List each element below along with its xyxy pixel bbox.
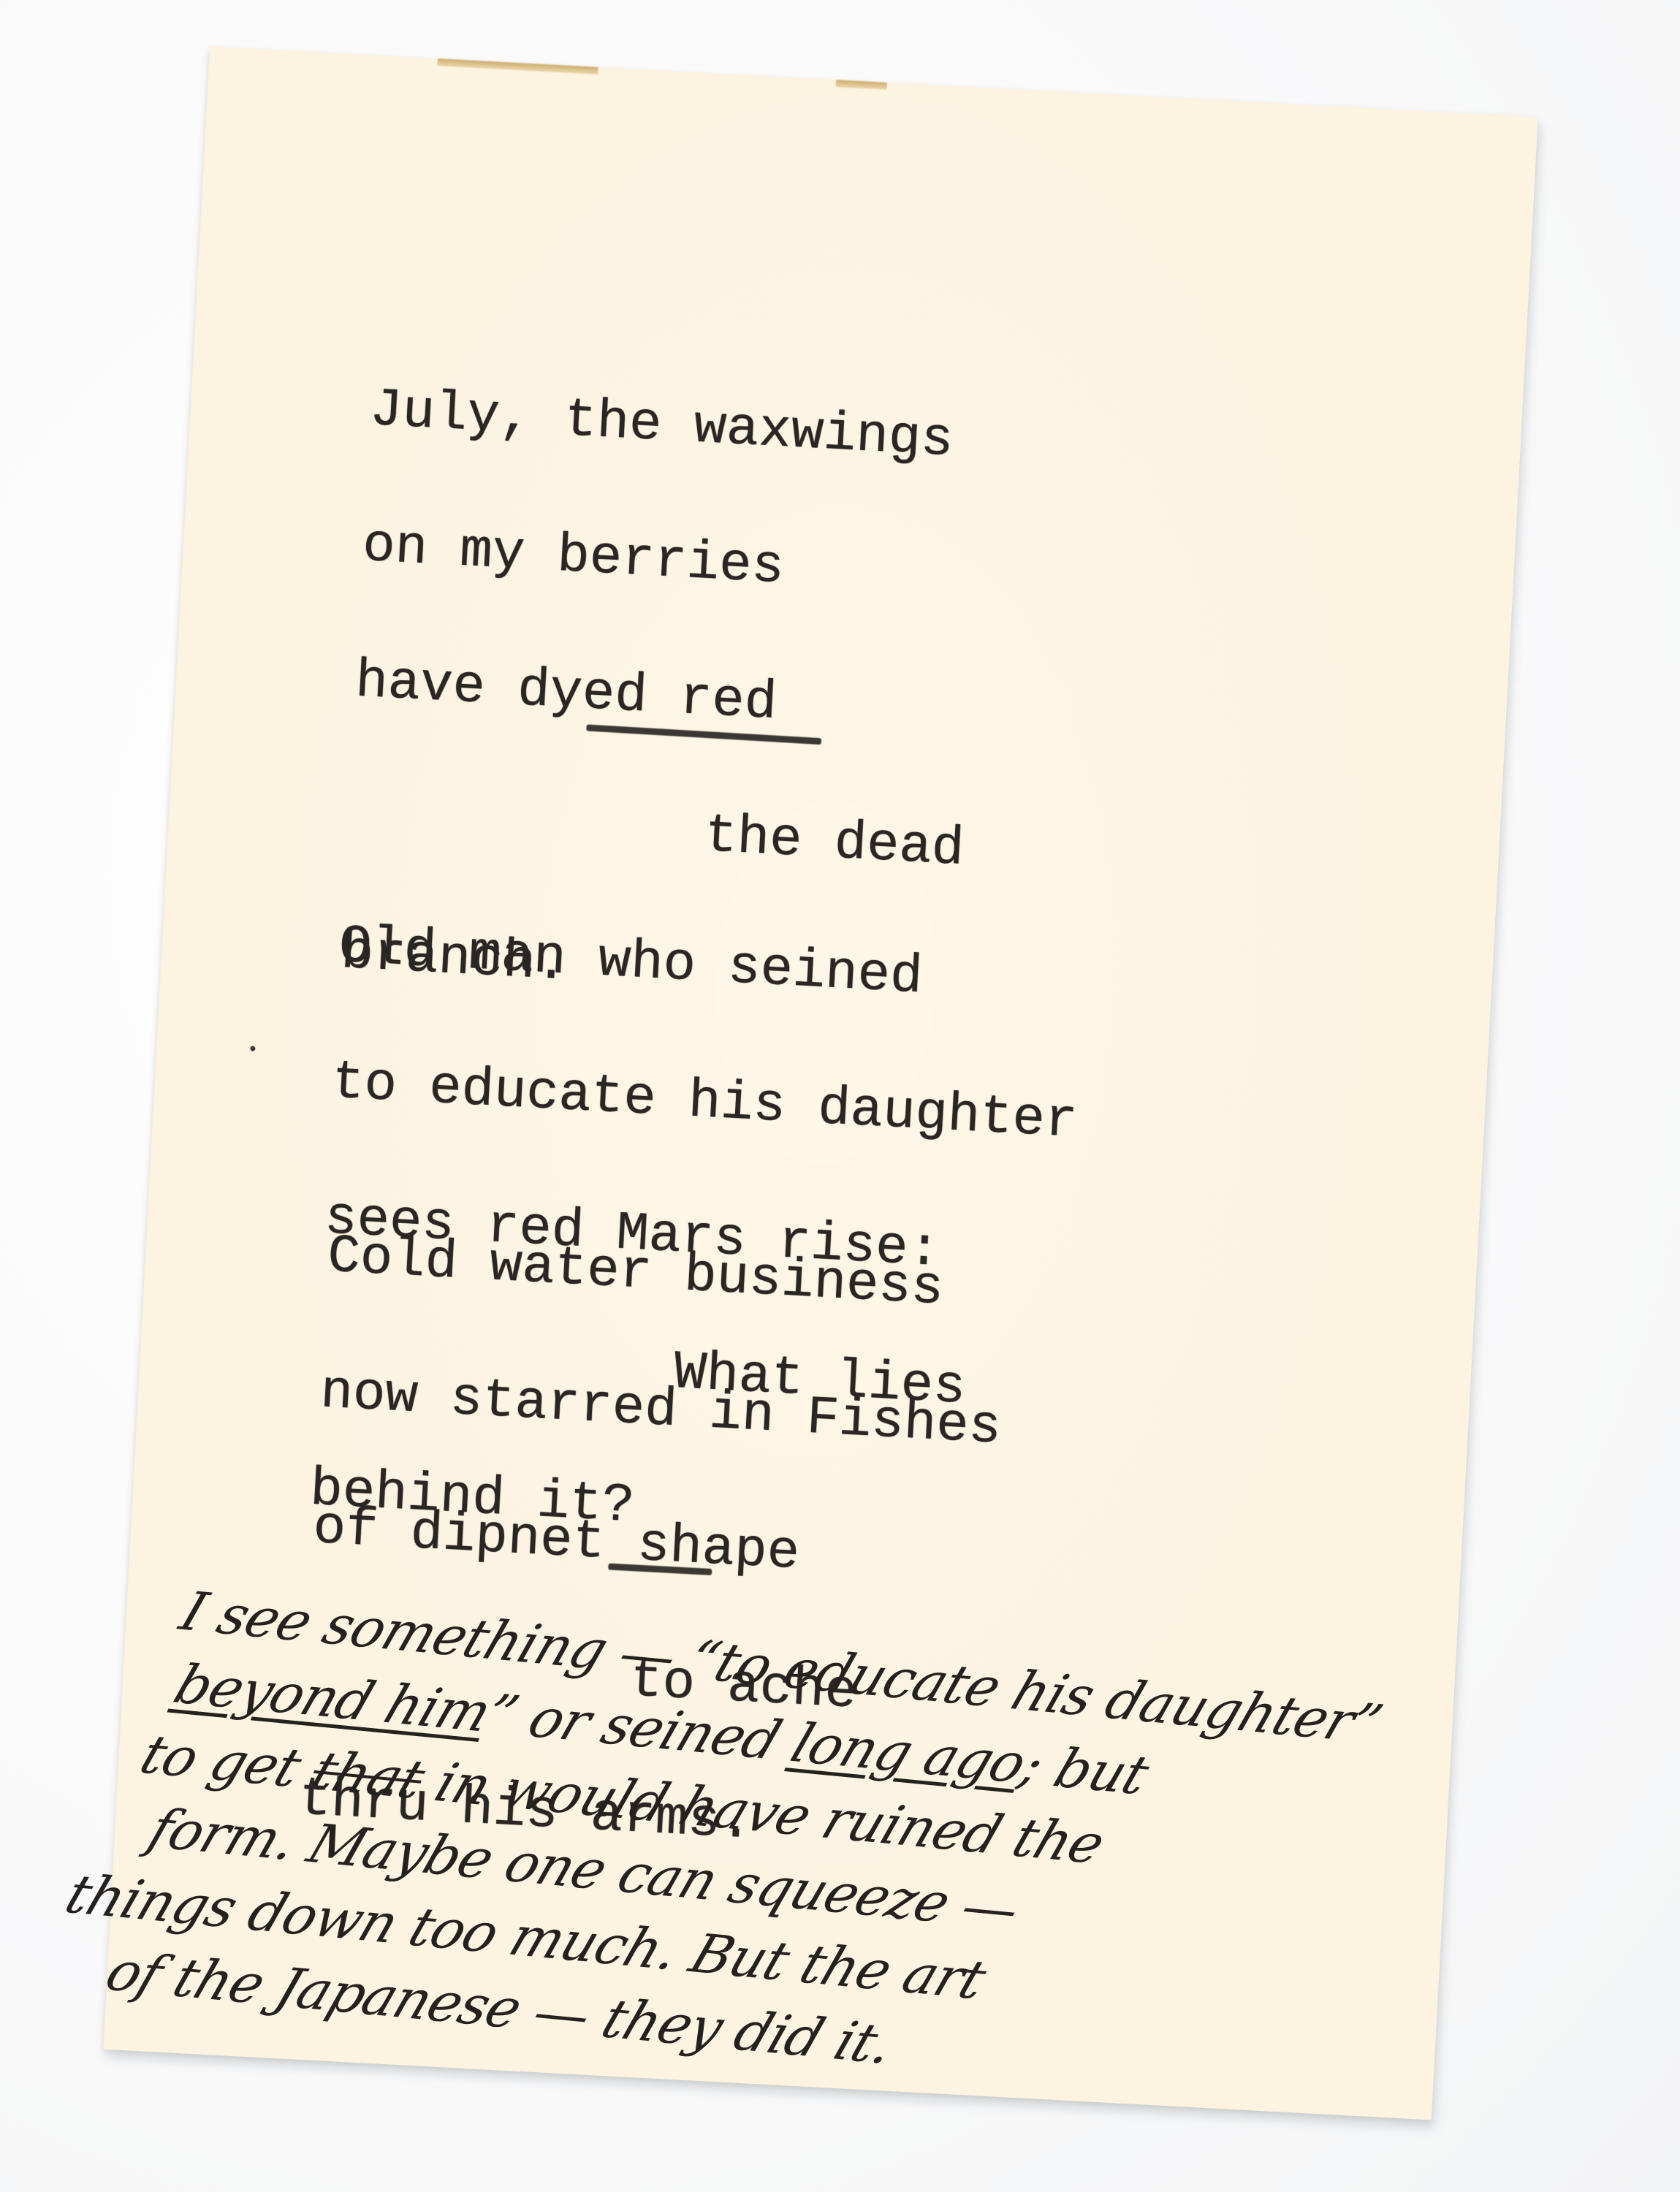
handwritten-note: I see something — “to educate his daught… — [31, 1574, 1462, 2122]
poem-line: have dyed red — [354, 658, 973, 737]
struck-word: that — [303, 1740, 432, 1811]
poem-line: Cold water business — [327, 1233, 1010, 1315]
poem-line: Old man who seined — [338, 924, 1085, 1009]
paper-sheet: July, the waxwings on my berries have dy… — [103, 47, 1538, 2120]
poem-line: July, the waxwings — [369, 387, 987, 465]
poem-line: of dipnet shape — [312, 1505, 995, 1587]
poem-line: now starred in Fishes — [319, 1369, 1003, 1451]
poem-line: to educate his daughter — [330, 1059, 1078, 1144]
poem-line: on my berries — [362, 523, 980, 601]
ink-speck — [250, 1046, 255, 1051]
